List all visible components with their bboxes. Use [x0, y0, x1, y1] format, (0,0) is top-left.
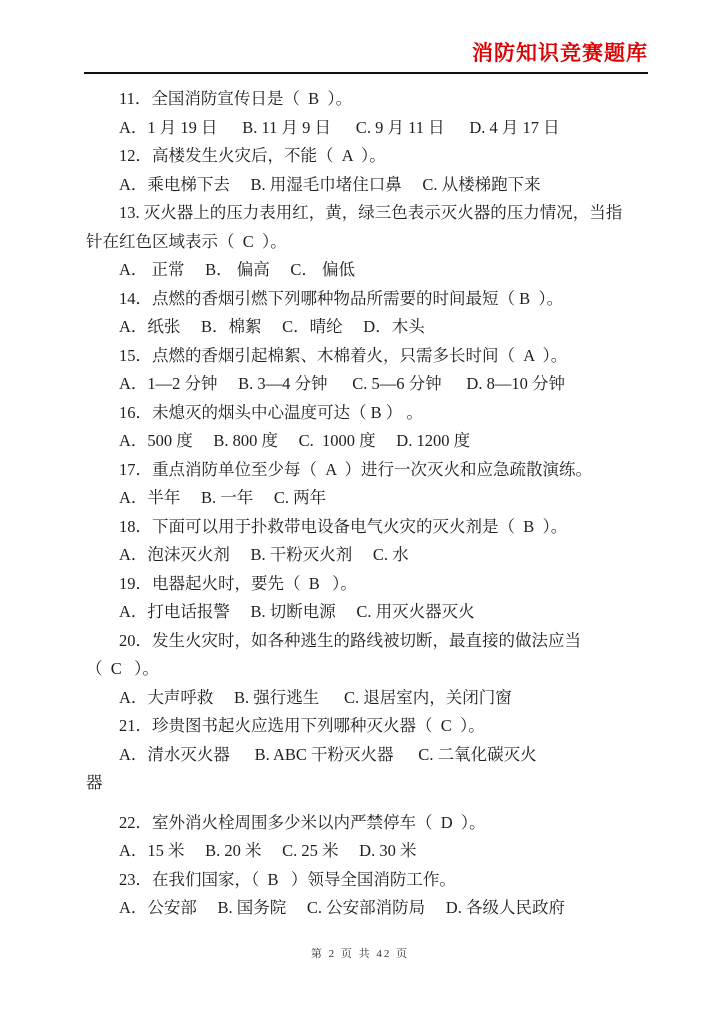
document-line-question: 20．发生火灾时，如各种逃生的路线被切断，最直接的做法应当 [86, 627, 652, 656]
document-line-options: A．1—2 分钟 B. 3—4 分钟 C. 5—6 分钟 D. 8—10 分钟 [86, 370, 652, 399]
document-line-question: 14．点燃的香烟引燃下列哪种物品所需要的时间最短（ B ）。 [86, 285, 652, 314]
document-line-question: 18．下面可以用于扑救带电设备电气火灾的灭火剂是（ B ）。 [86, 513, 652, 542]
document-line-options: A．纸张 B．棉絮 C．晴纶 D．木头 [86, 313, 652, 342]
document-line-question: 15．点燃的香烟引起棉絮、木棉着火，只需多长时间（ A ）。 [86, 342, 652, 371]
page-number-label: 第 2 页 共 42 页 [311, 948, 409, 960]
document-line-continuation: 针在红色区域表示（ C ）。 [86, 228, 652, 257]
document-line-options: A．大声呼救 B. 强行逃生 C. 退居室内，关闭门窗 [86, 684, 652, 713]
document-line-question: 17．重点消防单位至少每（ A ）进行一次灭火和应急疏散演练。 [86, 456, 652, 485]
document-line-options: A． 正常 B． 偏高 C． 偏低 [86, 256, 652, 285]
document-line-options: A．公安部 B. 国务院 C. 公安部消防局 D. 各级人民政府 [86, 894, 652, 923]
document-line-question: 13. 灭火器上的压力表用红，黄，绿三色表示灭火器的压力情况，当指 [86, 199, 652, 228]
document-line-question: 22．室外消火栓周围多少米以内严禁停车（ D ）。 [86, 809, 652, 838]
document-line-question: 11．全国消防宣传日是（ B ）。 [86, 85, 652, 114]
document-line-options: A．15 米 B. 20 米 C. 25 米 D. 30 米 [86, 837, 652, 866]
document-line-question: 16．未熄灭的烟头中心温度可达（ B ） 。 [86, 399, 652, 428]
document-line-continuation: （ C ）。 [86, 655, 652, 684]
document-line-options: A．半年 B. 一年 C. 两年 [86, 484, 652, 513]
document-line-question: 21．珍贵图书起火应选用下列哪种灭火器（ C ）。 [86, 712, 652, 741]
document-line-options: A．清水灭火器 B. ABC 干粉灭火器 C. 二氧化碳灭火 [86, 741, 652, 770]
page-footer: 第 2 页 共 42 页 [0, 944, 720, 962]
document-line-options: A．打电话报警 B. 切断电源 C. 用灭火器灭火 [86, 598, 652, 627]
document-body: 11．全国消防宣传日是（ B ）。A．1 月 19 日 B. 11 月 9 日 … [86, 85, 652, 923]
document-line-options: A．500 度 B. 800 度 C. 1000 度 D. 1200 度 [86, 427, 652, 456]
document-line-question: 23．在我们国家，（ B ）领导全国消防工作。 [86, 866, 652, 895]
page-header: 消防知识竞赛题库 [84, 0, 648, 74]
document-page: 消防知识竞赛题库 11．全国消防宣传日是（ B ）。A．1 月 19 日 B. … [0, 0, 720, 1018]
document-line-options: A．乘电梯下去 B. 用湿毛巾堵住口鼻 C. 从楼梯跑下来 [86, 171, 652, 200]
document-line-question: 19．电器起火时，要先（ B ）。 [86, 570, 652, 599]
document-line-options: A．泡沫灭火剂 B. 干粉灭火剂 C. 水 [86, 541, 652, 570]
document-line-options: A．1 月 19 日 B. 11 月 9 日 C. 9 月 11 日 D. 4 … [86, 114, 652, 143]
document-line-question: 12．高楼发生火灾后，不能（ A ）。 [86, 142, 652, 171]
document-title: 消防知识竞赛题库 [84, 41, 648, 67]
document-line-continuation: 器 [86, 769, 652, 798]
